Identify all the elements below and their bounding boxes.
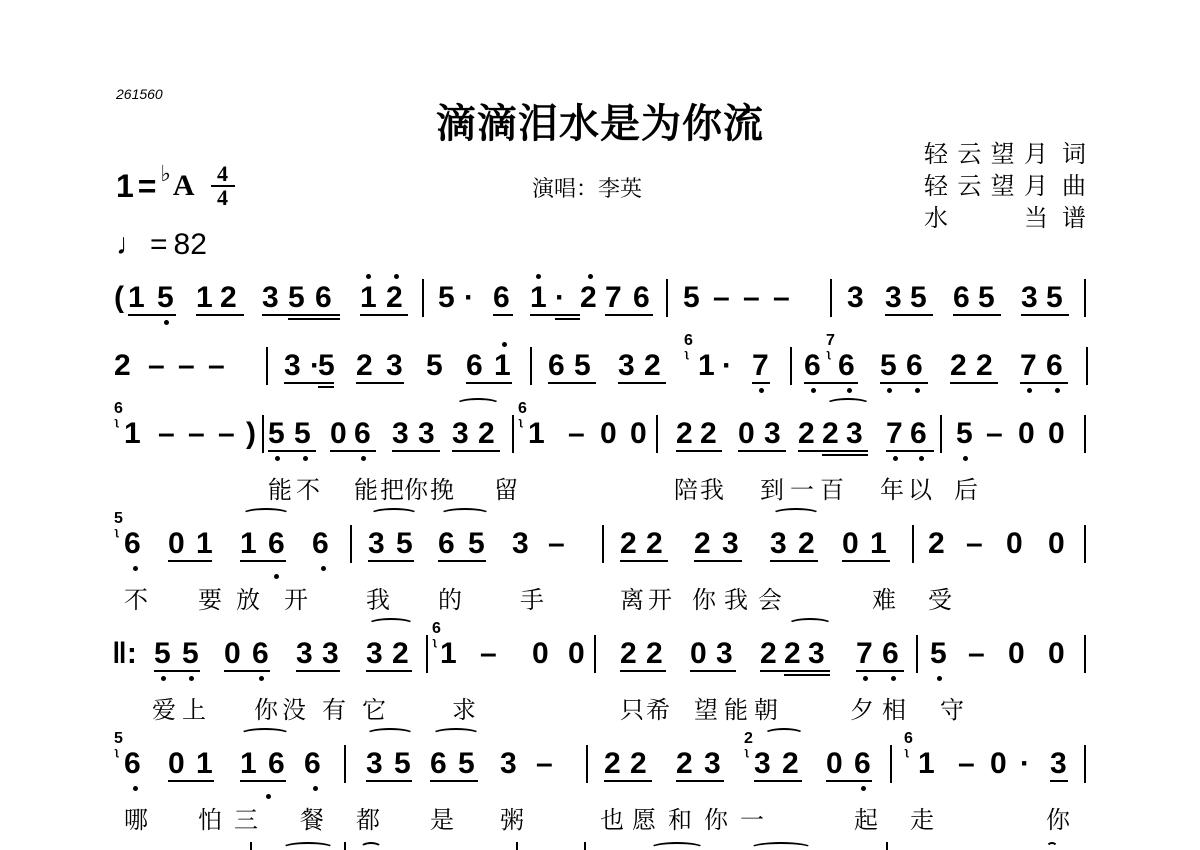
- barline: [940, 415, 942, 453]
- lyric: 和: [668, 800, 692, 835]
- credit-char: 水: [924, 202, 948, 234]
- grace-mark: ʅ: [433, 636, 437, 648]
- octave-dot-below: [887, 388, 892, 393]
- note: 5: [294, 414, 311, 454]
- barline: [262, 415, 264, 453]
- octave-dot-above: [588, 274, 593, 279]
- grace-mark: ʅ: [827, 348, 831, 360]
- underline: [296, 670, 340, 672]
- note: 1: [698, 346, 715, 386]
- octave-dot-above: [502, 342, 507, 347]
- note: 3: [1021, 278, 1038, 318]
- note: –: [208, 346, 225, 386]
- underline: [555, 318, 580, 320]
- note: 3: [764, 414, 781, 454]
- note: 7: [1020, 346, 1037, 386]
- lyric: 留: [494, 470, 518, 505]
- underline: [530, 314, 580, 316]
- note: 3: [500, 744, 517, 784]
- note: –: [958, 744, 975, 784]
- note: 7: [752, 346, 769, 386]
- barline: [886, 842, 888, 850]
- note: 6: [910, 414, 927, 454]
- lyric: 要: [198, 580, 222, 615]
- note: 1: [124, 414, 141, 454]
- note: 3: [846, 414, 863, 454]
- note: 1: [196, 278, 213, 318]
- octave-dot-below: [1055, 388, 1060, 393]
- octave-dot-below: [133, 786, 138, 791]
- underline: [452, 450, 500, 452]
- slur: [360, 842, 382, 850]
- note: 0: [690, 634, 707, 674]
- note: 3: [512, 524, 529, 564]
- note: (: [114, 278, 124, 318]
- flat-icon: ♭: [160, 161, 170, 187]
- barline: [512, 415, 514, 453]
- lyric: 受: [928, 580, 952, 615]
- credit-char: 望: [991, 138, 1015, 170]
- note: 6: [953, 278, 970, 318]
- note: 5: [438, 278, 455, 318]
- credit-char: 云: [957, 170, 981, 202]
- note: ): [246, 414, 256, 454]
- note: 6: [548, 346, 565, 386]
- note: 2: [114, 346, 131, 386]
- note: 2: [798, 414, 815, 454]
- grace-mark: ʅ: [905, 746, 909, 758]
- lyric: 都: [356, 800, 380, 835]
- lyric: 手: [520, 580, 544, 615]
- lyric: 也: [600, 800, 624, 835]
- lyric: 放: [236, 580, 260, 615]
- note: 6: [430, 744, 447, 784]
- underline: [605, 314, 653, 316]
- note: 5: [154, 634, 171, 674]
- lyric: 开: [284, 580, 308, 615]
- slur: [1046, 842, 1058, 850]
- grace-mark: ʅ: [685, 348, 689, 360]
- key-one: 1: [116, 168, 134, 205]
- barline: [1084, 635, 1086, 673]
- lyric: 求: [452, 690, 476, 725]
- underline: [392, 450, 440, 452]
- note: 0: [738, 414, 755, 454]
- note: 2: [630, 744, 647, 784]
- note: 1: [360, 278, 377, 318]
- underline: [466, 382, 512, 384]
- note: 5: [157, 278, 174, 318]
- octave-dot-below: [303, 456, 308, 461]
- note: 1: [494, 346, 511, 386]
- credit-lyricist: 轻云望月 词: [924, 138, 1086, 170]
- note: 2: [220, 278, 237, 318]
- underline: [880, 382, 928, 384]
- octave-dot-below: [161, 676, 166, 681]
- lyric: 希: [646, 690, 670, 725]
- lyric: 只: [620, 690, 644, 725]
- lyric: 不: [124, 580, 148, 615]
- note: –: [966, 524, 983, 564]
- note: 3: [847, 278, 864, 318]
- barline: [350, 525, 352, 563]
- underline: [438, 560, 486, 562]
- lyric: 我: [366, 580, 390, 615]
- barline: [666, 279, 668, 317]
- lyric: 以: [908, 470, 932, 505]
- note: 2: [928, 524, 945, 564]
- note: 2: [386, 278, 403, 318]
- slur: [826, 398, 870, 410]
- lyric: 陪: [674, 470, 698, 505]
- lyric: 它: [362, 690, 386, 725]
- barline: [1084, 415, 1086, 453]
- underline: [856, 670, 904, 672]
- barline: [344, 842, 346, 850]
- note: 3: [392, 414, 409, 454]
- slur: [240, 728, 290, 740]
- note: 6: [124, 524, 141, 564]
- credits: 轻云望月 词 轻云望月 曲 水当 谱: [924, 138, 1086, 234]
- note: 3: [366, 634, 383, 674]
- underline: [618, 382, 666, 384]
- slur: [432, 728, 480, 740]
- underline: [288, 318, 340, 320]
- note: 3: [722, 524, 739, 564]
- note: 0: [842, 524, 859, 564]
- credit-char: 轻: [924, 138, 948, 170]
- note: 2: [356, 346, 373, 386]
- note: 6: [304, 744, 321, 784]
- octave-dot-below: [863, 676, 868, 681]
- note: 2: [700, 414, 717, 454]
- note: –: [773, 278, 790, 318]
- octave-dot-below: [759, 388, 764, 393]
- barline: [594, 635, 596, 673]
- lyric: 的: [438, 580, 462, 615]
- underline: [1050, 780, 1068, 782]
- underline: [950, 382, 998, 384]
- lyric: 夕: [850, 690, 874, 725]
- slur: [370, 508, 418, 520]
- underline: [548, 382, 596, 384]
- octave-dot-above: [394, 274, 399, 279]
- lyric: 挽: [430, 470, 454, 505]
- barline: [530, 347, 532, 385]
- note: 0: [532, 634, 549, 674]
- note: 1: [528, 414, 545, 454]
- note: 5: [1046, 278, 1063, 318]
- octave-dot-below: [963, 456, 968, 461]
- note: 3: [770, 524, 787, 564]
- underline: [128, 314, 176, 316]
- note: 0: [600, 414, 617, 454]
- singer-label: 演唱：李英: [532, 172, 642, 203]
- underline: [738, 450, 786, 452]
- note: 5: [910, 278, 927, 318]
- lyric: 起: [854, 800, 878, 835]
- lyric: 一: [790, 470, 814, 505]
- key-signature: 1 = ♭ A 4 4: [116, 164, 235, 208]
- underline: [366, 670, 412, 672]
- note: 3: [262, 278, 279, 318]
- note: 3: [754, 744, 771, 784]
- note: 6: [466, 346, 483, 386]
- note: 0: [1018, 414, 1035, 454]
- note: ·: [722, 346, 732, 386]
- note: 2: [798, 524, 815, 564]
- note: 0: [630, 414, 647, 454]
- note: –: [158, 414, 175, 454]
- note: ·: [1020, 744, 1030, 784]
- note: 3: [716, 634, 733, 674]
- note: 2: [620, 524, 637, 564]
- note: 3: [618, 346, 635, 386]
- underline: [168, 560, 212, 562]
- note: ·: [464, 278, 474, 318]
- underline: [953, 314, 1001, 316]
- note: 2: [694, 524, 711, 564]
- underline: [886, 450, 934, 452]
- underline: [240, 780, 286, 782]
- lyric: 不: [296, 470, 320, 505]
- octave-dot-below: [861, 786, 866, 791]
- tempo-equals: =: [150, 228, 168, 262]
- octave-dot-below: [361, 456, 366, 461]
- note: 2: [646, 524, 663, 564]
- underline: [822, 454, 868, 456]
- underline: [224, 670, 270, 672]
- slur: [772, 508, 820, 520]
- note: –: [968, 634, 985, 674]
- octave-dot-below: [266, 794, 271, 799]
- note: 2: [676, 414, 693, 454]
- credit-role: 曲: [1048, 170, 1086, 202]
- note: 1: [240, 744, 257, 784]
- note: 6: [268, 524, 285, 564]
- note: 0: [990, 744, 1007, 784]
- note: 1: [128, 278, 145, 318]
- time-signature: 4 4: [211, 164, 235, 208]
- note: 2: [580, 278, 597, 318]
- underline: [676, 780, 724, 782]
- lyric: 哪: [124, 800, 148, 835]
- barline: [584, 842, 586, 850]
- note: 6: [1046, 346, 1063, 386]
- underline: [770, 560, 818, 562]
- note: 2: [784, 634, 801, 674]
- lyric: 愿: [632, 800, 656, 835]
- note: 0: [168, 744, 185, 784]
- note: 6: [312, 524, 329, 564]
- note: ·: [555, 278, 565, 318]
- lyric: 我: [724, 580, 748, 615]
- octave-dot-below: [811, 388, 816, 393]
- lyric: 你: [254, 690, 278, 725]
- underline: [620, 560, 668, 562]
- barline: [344, 745, 346, 783]
- note: 6: [252, 634, 269, 674]
- lyric: 把: [380, 470, 404, 505]
- credit-role: 词: [1048, 138, 1086, 170]
- underline: [368, 560, 414, 562]
- lyric: 能: [724, 690, 748, 725]
- barline: [656, 415, 658, 453]
- underline: [826, 780, 872, 782]
- note: 1: [870, 524, 887, 564]
- credit-char: 当: [1024, 202, 1048, 234]
- note: 6: [315, 278, 332, 318]
- underline: [676, 450, 722, 452]
- octave-dot-below: [321, 566, 326, 571]
- underline: [798, 450, 868, 452]
- lyric: 能: [268, 470, 292, 505]
- underline: [196, 314, 244, 316]
- note: 5: [268, 414, 285, 454]
- lyric: 朝: [754, 690, 778, 725]
- note: 1: [440, 634, 457, 674]
- octave-dot-below: [133, 566, 138, 571]
- octave-dot-below: [313, 786, 318, 791]
- note: 2: [604, 744, 621, 784]
- barline: [790, 347, 792, 385]
- note: 2: [822, 414, 839, 454]
- note: 2: [392, 634, 409, 674]
- slur: [282, 842, 334, 850]
- note: 2: [760, 634, 777, 674]
- note: 6: [838, 346, 855, 386]
- note: 2: [950, 346, 967, 386]
- note: 5: [978, 278, 995, 318]
- note: 1: [918, 744, 935, 784]
- barline: [516, 842, 518, 850]
- note: 0: [1008, 634, 1025, 674]
- note: 3: [418, 414, 435, 454]
- lyric: 餐: [300, 800, 324, 835]
- underline: [1021, 314, 1069, 316]
- slur: [368, 618, 414, 630]
- note: 0: [1048, 524, 1065, 564]
- octave-dot-below: [189, 676, 194, 681]
- note: –: [480, 634, 497, 674]
- note: 0: [168, 524, 185, 564]
- lyric: 没: [282, 690, 306, 725]
- slur: [242, 508, 290, 520]
- note: 6: [493, 278, 510, 318]
- credit-char: 月: [1024, 170, 1048, 202]
- note: 5: [182, 634, 199, 674]
- note: 0: [330, 414, 347, 454]
- note: 3: [452, 414, 469, 454]
- note: 5: [683, 278, 700, 318]
- underline: [284, 382, 334, 384]
- underline: [240, 560, 286, 562]
- underline: [604, 780, 652, 782]
- note: 0: [826, 744, 843, 784]
- note: 1: [196, 524, 213, 564]
- underline: [318, 386, 334, 388]
- note: –: [568, 414, 585, 454]
- barline: [602, 525, 604, 563]
- note: 3: [808, 634, 825, 674]
- lyric: 后: [954, 470, 978, 505]
- barline: [422, 279, 424, 317]
- octave-dot-below: [164, 320, 169, 325]
- underline: [754, 780, 802, 782]
- underline: [804, 382, 858, 384]
- slur: [650, 842, 704, 850]
- note: 1: [530, 278, 547, 318]
- note: 1: [196, 744, 213, 784]
- note: 5: [880, 346, 897, 386]
- octave-dot-below: [275, 456, 280, 461]
- underline: [784, 674, 830, 676]
- underline: [154, 670, 200, 672]
- note: 2: [646, 634, 663, 674]
- barline: [426, 635, 428, 673]
- barline: [586, 745, 588, 783]
- credit-composer: 轻云望月 曲: [924, 170, 1086, 202]
- note: –: [178, 346, 195, 386]
- note: 3: [284, 346, 301, 386]
- note: 5: [288, 278, 305, 318]
- note: 5: [458, 744, 475, 784]
- underline: [885, 314, 933, 316]
- lyric: 走: [910, 800, 934, 835]
- octave-dot-below: [1027, 388, 1032, 393]
- note: 3: [885, 278, 902, 318]
- octave-dot-below: [259, 676, 264, 681]
- octave-dot-above: [366, 274, 371, 279]
- underline: [493, 314, 513, 316]
- octave-dot-below: [915, 388, 920, 393]
- credit-transcriber: 水当 谱: [924, 202, 1086, 234]
- slur: [440, 508, 490, 520]
- underline: [366, 780, 412, 782]
- slur: [750, 842, 812, 850]
- note: 2: [976, 346, 993, 386]
- barline: [830, 279, 832, 317]
- slur: [788, 618, 832, 630]
- lyric: 相: [882, 690, 906, 725]
- credit-char: 望: [991, 170, 1015, 202]
- note: 3: [296, 634, 313, 674]
- note: 5: [396, 524, 413, 564]
- note: 5: [426, 346, 443, 386]
- underline: [752, 382, 770, 384]
- slur: [456, 398, 500, 410]
- note: 6: [854, 744, 871, 784]
- barline: [266, 347, 268, 385]
- lyric: 开: [648, 580, 672, 615]
- note: 3: [322, 634, 339, 674]
- lyric: 三: [234, 800, 258, 835]
- lyric: 望: [694, 690, 718, 725]
- underline: [360, 314, 408, 316]
- credit-char: 月: [1024, 138, 1048, 170]
- lyric: 爱: [152, 690, 176, 725]
- underline: [268, 450, 316, 452]
- note: 6: [268, 744, 285, 784]
- note: –: [148, 346, 165, 386]
- tempo-marking: ♩ = 82: [116, 228, 207, 262]
- key-equals: =: [138, 168, 157, 205]
- underline: [330, 450, 376, 452]
- grace-mark: ʅ: [115, 416, 119, 428]
- barline: [912, 525, 914, 563]
- note: 0: [1048, 634, 1065, 674]
- barline: [916, 635, 918, 673]
